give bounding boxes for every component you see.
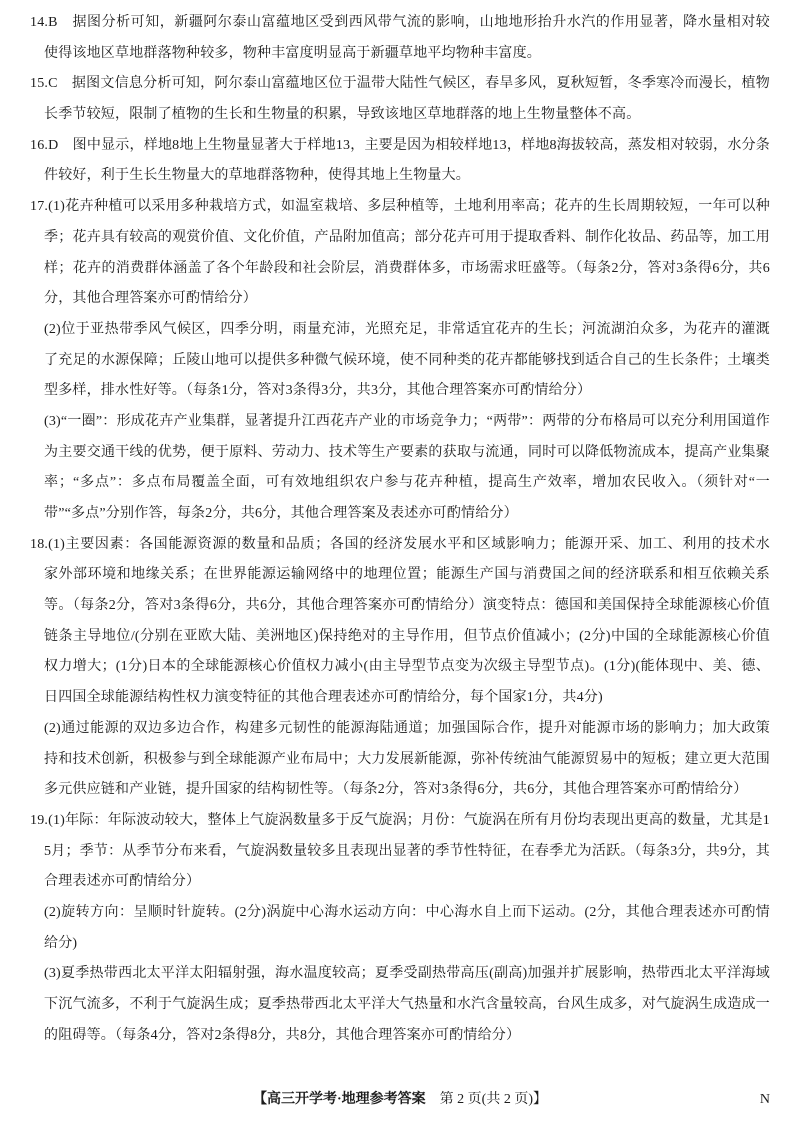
answer-line: (3)“一圈”：形成花卉产业集群，显著提升江西花卉产业的市场竞争力；“两带”：两… bbox=[44, 407, 770, 438]
footer-exam-title: 【高三开学考·地理参考答案 bbox=[253, 1092, 426, 1107]
answer-line: 率；“多点”：多点布局覆盖全面，可有效地组织农户参与花卉种植，提高生产效率，增加… bbox=[44, 468, 770, 499]
answer-line: 权力增大；(1分)日本的全球能源核心价值权力减小(由主导型节点变为次级主导型节点… bbox=[44, 652, 770, 683]
answer-line: 5月；季节：从季节分布来看，气旋涡数量较多且表现出显著的季节性特征，在春季尤为活… bbox=[44, 837, 770, 868]
answer-line: 家外部环境和地缘关系；在世界能源运输网络中的地理位置；能源生产国与消费国之间的经… bbox=[44, 560, 770, 591]
answer-line: 型多样，排水性好等。（每条1分，答对3条得3分，共3分，其他合理答案亦可酌情给分… bbox=[44, 376, 770, 407]
answer-line: 给分) bbox=[44, 929, 770, 960]
answer-line: 分，其他合理答案亦可酌情给分） bbox=[44, 284, 770, 315]
answer-line: (2)旋转方向：呈顺时针旋转。(2分)涡旋中心海水运动方向：中心海水自上而下运动… bbox=[44, 898, 770, 929]
answer-line: 16.D 图中显示，样地8地上生物量显著大于样地13，主要是因为相较样地13，样… bbox=[30, 131, 770, 162]
page-footer: 【高三开学考·地理参考答案 第 2 页(共 2 页)】 N bbox=[0, 1088, 800, 1112]
answer-line: 使得该地区草地群落物种较多，物种丰富度明显高于新疆草地平均物种丰富度。 bbox=[44, 39, 770, 70]
answer-line: 长季节较短，限制了植物的生长和生物量的积累，导致该地区草地群落的地上生物量整体不… bbox=[44, 100, 770, 131]
exam-answer-page: 14.B 据图分析可知，新疆阿尔泰山富蕴地区受到西风带气流的影响，山地地形抬升水… bbox=[0, 0, 800, 1124]
footer-page-number: 第 2 页(共 2 页)】 bbox=[426, 1092, 547, 1107]
answer-line: 18.(1)主要因素：各国能源资源的数量和品质；各国的经济发展水平和区域影响力；… bbox=[30, 530, 770, 561]
answer-line: (2)位于亚热带季风气候区，四季分明，雨量充沛，光照充足，非常适宜花卉的生长；河… bbox=[44, 315, 770, 346]
answer-line: 17.(1)花卉种植可以采用多种栽培方式，如温室栽培、多层种植等，土地利用率高；… bbox=[30, 192, 770, 223]
answer-line: 14.B 据图分析可知，新疆阿尔泰山富蕴地区受到西风带气流的影响，山地地形抬升水… bbox=[30, 8, 770, 39]
footer-corner-mark: N bbox=[760, 1088, 770, 1112]
footer-text: 【高三开学考·地理参考答案 第 2 页(共 2 页)】 bbox=[0, 1088, 800, 1112]
answer-line: 等。（每条2分，答对3条得6分，共6分，其他合理答案亦可酌情给分）演变特点：德国… bbox=[44, 591, 770, 622]
answer-line: 日四国全球能源结构性权力演变特征的其他合理表述亦可酌情给分，每个国家1分，共4分… bbox=[44, 683, 770, 714]
answer-line: 多元供应链和产业链，提升国家的结构韧性等。（每条2分，答对3条得6分，共6分，其… bbox=[44, 775, 770, 806]
answer-line: (2)通过能源的双边多边合作，构建多元韧性的能源海陆通道；加强国际合作，提升对能… bbox=[44, 714, 770, 745]
answer-line: 的阻碍等。（每条4分，答对2条得8分，共8分，其他合理答案亦可酌情给分） bbox=[44, 1021, 770, 1052]
answer-line: 持和技术创新，积极参与到全球能源产业布局中；大力发展新能源，弥补传统油气能源贸易… bbox=[44, 745, 770, 776]
answer-lines: 14.B 据图分析可知，新疆阿尔泰山富蕴地区受到西风带气流的影响，山地地形抬升水… bbox=[0, 8, 800, 1051]
answer-line: 了充足的水源保障；丘陵山地可以提供多种微气候环境，使不同种类的花卉都能够找到适合… bbox=[44, 346, 770, 377]
answer-line: 带”“多点”分别作答，每条2分，共6分，其他合理答案及表述亦可酌情给分） bbox=[44, 499, 770, 530]
answer-line: 下沉气流多，不利于气旋涡生成；夏季热带西北太平洋大气热量和水汽含量较高，台风生成… bbox=[44, 990, 770, 1021]
answer-line: 季；花卉具有较高的观赏价值、文化价值，产品附加值高；部分花卉可用于提取香料、制作… bbox=[44, 223, 770, 254]
answer-line: 样；花卉的消费群体涵盖了各个年龄段和社会阶层，消费群体多，市场需求旺盛等。（每条… bbox=[44, 254, 770, 285]
answer-line: 19.(1)年际：年际波动较大，整体上气旋涡数量多于反气旋涡；月份：气旋涡在所有… bbox=[30, 806, 770, 837]
answer-line: (3)夏季热带西北太平洋太阳辐射强，海水温度较高；夏季受副热带高压(副高)加强并… bbox=[44, 959, 770, 990]
answer-line: 为主要交通干线的优势，便于原料、劳动力、技术等生产要素的获取与流通，同时可以降低… bbox=[44, 438, 770, 469]
answer-line: 件较好，利于生长生物量大的草地群落物种，使得其地上生物量大。 bbox=[44, 161, 770, 192]
answer-line: 合理表述亦可酌情给分） bbox=[44, 867, 770, 898]
answer-line: 链条主导地位/(分别在亚欧大陆、美洲地区)保持绝对的主导作用，但节点价值减小；(… bbox=[44, 622, 770, 653]
answer-line: 15.C 据图文信息分析可知，阿尔泰山富蕴地区位于温带大陆性气候区，春旱多风，夏… bbox=[30, 69, 770, 100]
